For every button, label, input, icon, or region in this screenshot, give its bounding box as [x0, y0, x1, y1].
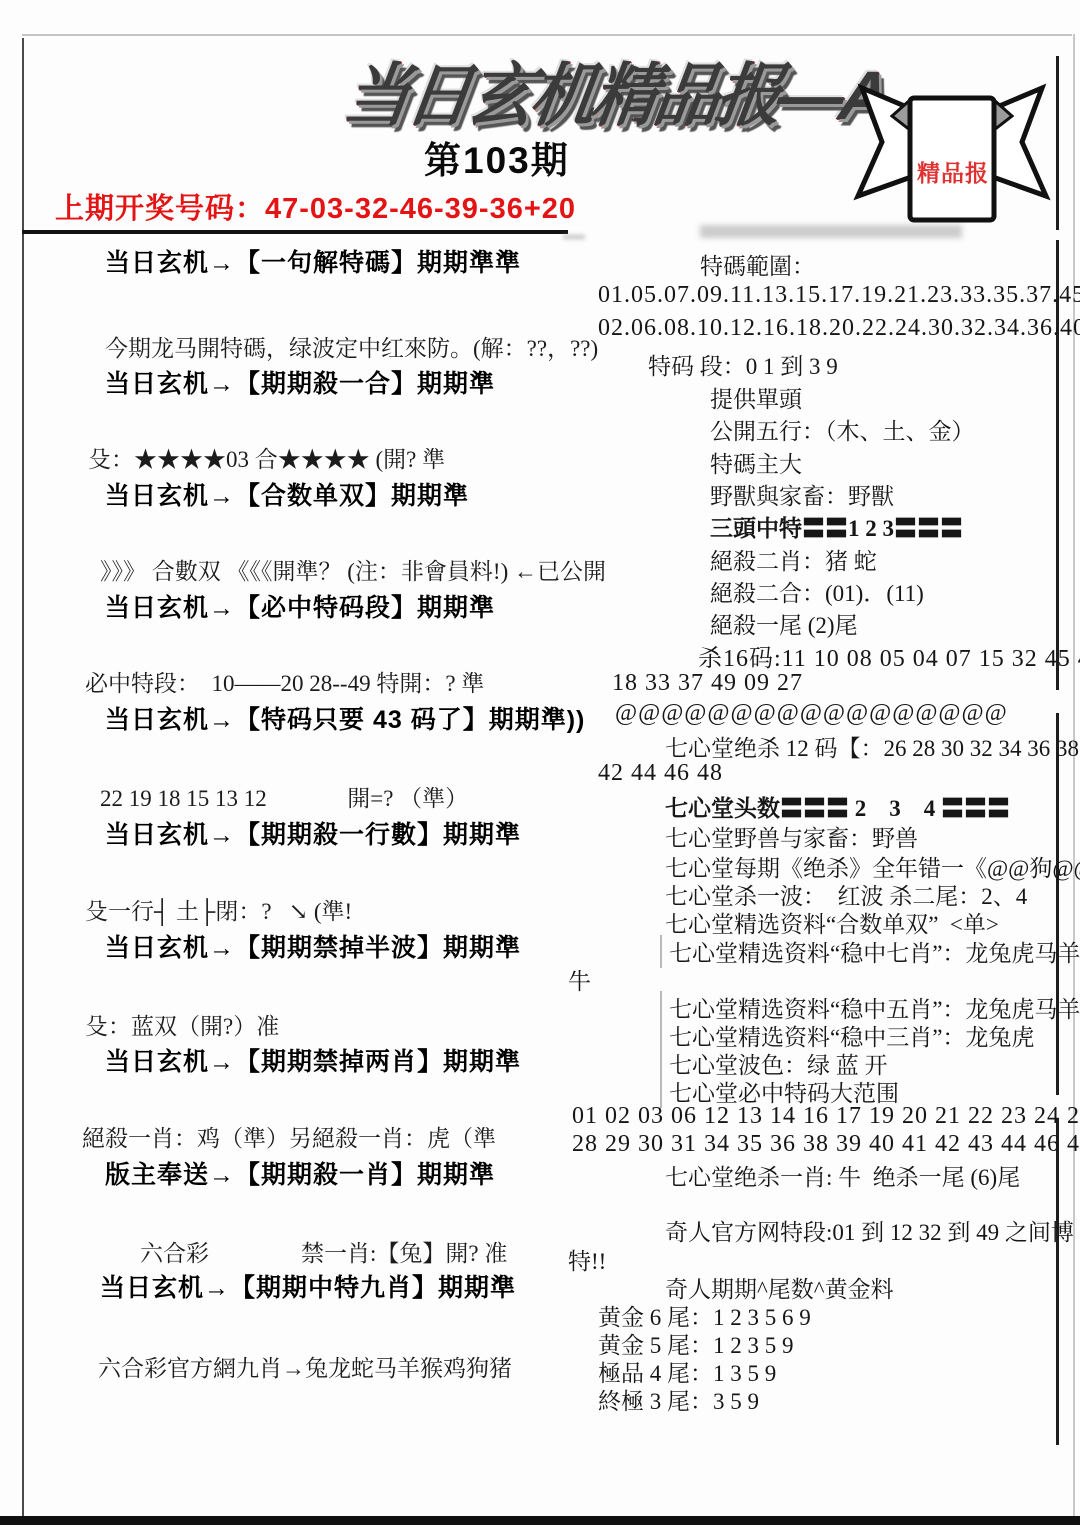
column-rule-segment — [1056, 56, 1059, 230]
mystery-info-9: 絕殺一肖：鸡（準）另絕殺一肖：虎（準 — [82, 1120, 496, 1153]
wild-vs-domestic-line: 野獸與家畜：野獸 — [710, 478, 894, 511]
ultimate-3-tail-line: 終極 3 尾：3 5 9 — [598, 1383, 759, 1416]
kill-two-zodiac-line: 絕殺二肖：猪 蛇 — [710, 543, 877, 576]
kill-two-sum-line: 絕殺二合：(01)．(11) — [710, 575, 924, 608]
mystery-info-2: 今期龙马開特碼，绿波定中红來防。(解：??，??) — [105, 330, 598, 363]
single-head-line: 提供單頭 — [710, 381, 802, 414]
mystery-info-10: 六合彩 禁一肖:【兔】開? 准 — [140, 1235, 507, 1268]
mystery-headline-2: 当日玄机→【期期殺一合】期期準 — [105, 364, 495, 400]
page-border-top — [22, 34, 1072, 36]
kill-one-tail-line: 絕殺一尾 (2)尾 — [710, 607, 858, 640]
column-rule-segment — [1056, 713, 1059, 1095]
masthead-title: 当日玄机精品报—A — [338, 40, 892, 139]
mystery-info-4: 》》》 合數双 《《《開準？ (注：非會員料!) ←已公開 — [100, 553, 606, 586]
mystery-info-7: 殳一行┤ 土├閉：? ↘ (準! — [85, 893, 352, 926]
issue-number: 第103期 — [424, 130, 570, 184]
kill-16-codes-continued: 18 33 37 49 09 27 — [612, 670, 803, 697]
qixintang-wild-domestic: 七心堂野兽与家畜：野兽 — [665, 820, 918, 853]
qixintang-kill-12-continued: 42 44 46 48 — [598, 760, 723, 787]
five-elements-line: 公開五行：（木、土、金） — [710, 413, 975, 446]
mystery-info-5: 必中特段： 10——20 28--49 特開：? 準 — [85, 665, 484, 698]
mystery-info-8: 殳：蓝双（開?）准 — [85, 1008, 279, 1041]
mystery-headline-8: 当日玄机→【期期禁掉两肖】期期準 — [105, 1042, 521, 1078]
qixintang-seven-zodiac: 七心堂精选资料“稳中七肖”：龙兔虎马羊猴 — [660, 935, 1080, 968]
code-main-big-line: 特碼主大 — [710, 446, 802, 479]
at-symbol-divider-row: @@@@@@@@@@@@@@@@@ — [615, 700, 1008, 727]
big-range-row-2: 28 29 30 31 34 35 36 38 39 40 41 42 43 4… — [572, 1131, 1080, 1158]
qiren-special-segment: 奇人官方网特段:01 到 12 32 到 49 之间博 — [665, 1214, 1074, 1247]
qixintang-head-numbers: 七心堂头数〓〓〓 2 3 4 〓〓〓 — [665, 790, 1010, 823]
big-range-row-1: 01 02 03 06 12 13 14 16 17 19 20 21 22 2… — [572, 1103, 1080, 1130]
kill-16-codes-line: 杀16码:11 10 08 05 04 07 15 32 45 47 — [698, 638, 1080, 673]
ribbon-label: 精品报 — [905, 155, 1001, 188]
header-divider-rule — [22, 230, 568, 234]
three-heads-line: 三頭中特〓〓1 2 3〓〓〓 — [710, 510, 963, 543]
qixintang-kill-12-codes: 七心堂绝杀 12 码【：26 28 30 32 34 36 38 40 — [665, 730, 1080, 763]
scan-smudge — [700, 225, 962, 238]
scan-smudge — [563, 235, 585, 239]
special-range-row-1: 01.05.07.09.11.13.15.17.19.21.23.33.35.3… — [598, 282, 1080, 309]
qixintang-seven-zodiac-continued: 牛 — [568, 963, 591, 996]
page-border-left — [22, 38, 24, 1518]
mystery-headline-10: 当日玄机→【期期中特九肖】期期準 — [100, 1268, 516, 1304]
special-segment-line: 特码 段：0 1 到 3 9 — [648, 348, 838, 381]
qixintang-kill-one-zodiac: 七心堂绝杀一肖: 牛 绝杀一尾 (6)尾 — [665, 1159, 1020, 1192]
mystery-headline-4: 当日玄机→【必中特码段】期期準 — [105, 588, 495, 624]
page-border-bottom — [0, 1516, 1080, 1525]
ribbon-badge-icon — [852, 76, 1052, 224]
page-border-right — [1073, 34, 1075, 1520]
qiren-special-segment-continued: 特!! — [568, 1243, 606, 1276]
mystery-headline-3: 当日玄机→【合数单双】期期準 — [105, 476, 469, 512]
official-nine-zodiac-line: 六合彩官方網九肖→兔龙蛇马羊猴鸡狗猪 — [98, 1350, 512, 1383]
mystery-info-6: 22 19 18 15 13 12 開=? （準） — [100, 780, 468, 813]
mystery-headline-6: 当日玄机→【期期殺一行數】期期準 — [105, 815, 521, 851]
mystery-info-3: 殳：★★★★03 合★★★★ (開? 準 — [88, 441, 445, 474]
special-range-row-2: 02.06.08.10.12.16.18.20.22.24.30.32.34.3… — [598, 315, 1080, 342]
mystery-headline-5: 当日玄机→【特码只要 43 码了】期期準)) — [105, 700, 585, 736]
special-code-range-title: 特碼範圍： — [700, 248, 815, 281]
last-draw-numbers: 上期开奖号码：47-03-32-46-39-36+20 — [55, 186, 576, 227]
mystery-headline-7: 当日玄机→【期期禁掉半波】期期準 — [105, 928, 521, 964]
mystery-headline-1: 当日玄机→【一句解特碼】期期準準 — [105, 243, 521, 279]
column-rule-segment — [1056, 1118, 1059, 1445]
mystery-headline-9: 版主奉送→【期期殺一肖】期期準 — [105, 1155, 495, 1191]
lottery-tip-sheet: 当日玄机精品报—A 第103期 上期开奖号码：47-03-32-46-39-36… — [0, 0, 1080, 1527]
